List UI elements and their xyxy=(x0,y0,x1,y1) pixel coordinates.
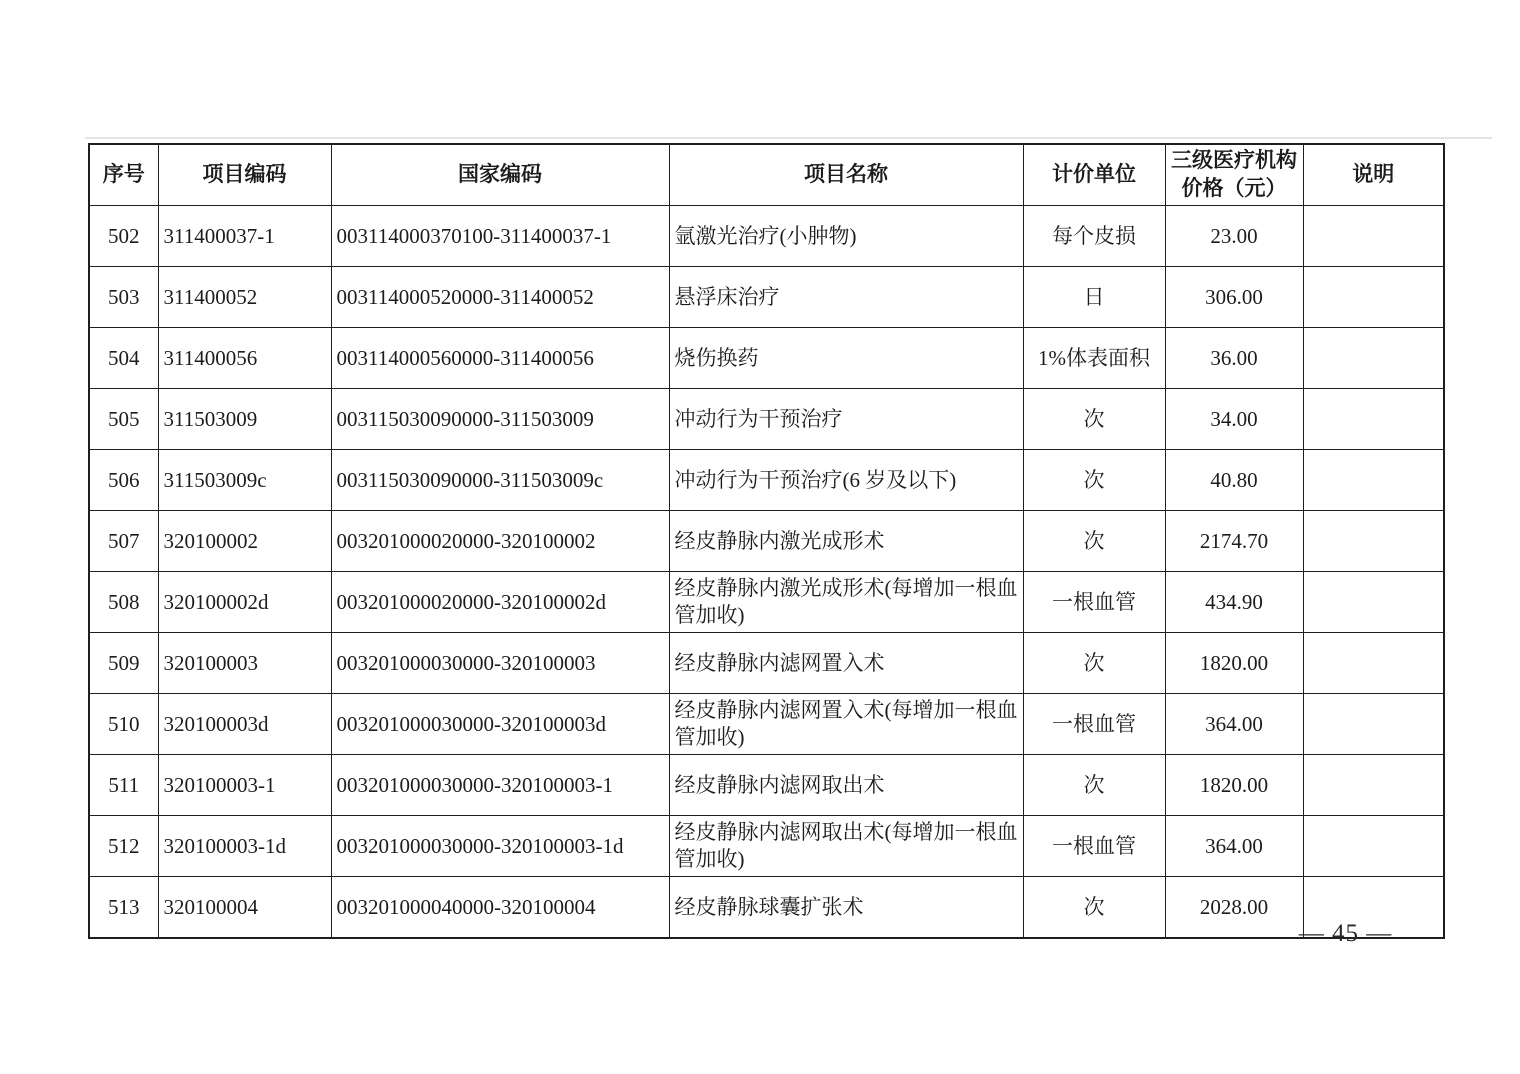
cell-index: 507 xyxy=(89,511,158,572)
cell-national-code: 003201000030000-320100003 xyxy=(331,633,669,694)
cell-price: 40.80 xyxy=(1165,450,1303,511)
scan-artifact-line xyxy=(85,137,1492,139)
cell-item-name: 悬浮床治疗 xyxy=(669,267,1023,328)
cell-note xyxy=(1303,755,1444,816)
cell-item-name: 经皮静脉内滤网置入术 xyxy=(669,633,1023,694)
cell-item-name: 经皮静脉内激光成形术 xyxy=(669,511,1023,572)
document-page: 序号 项目编码 国家编码 项目名称 计价单位 三级医疗机构 价格（元） 说明 5… xyxy=(0,0,1520,1074)
table-row: 505 311503009 003115030090000-311503009 … xyxy=(89,389,1444,450)
cell-national-code: 003201000040000-320100004 xyxy=(331,877,669,939)
cell-project-code: 320100003d xyxy=(158,694,331,755)
cell-project-code: 311400037-1 xyxy=(158,206,331,267)
cell-national-code: 003114000560000-311400056 xyxy=(331,328,669,389)
cell-national-code: 003201000030000-320100003-1d xyxy=(331,816,669,877)
cell-item-name: 经皮静脉内滤网取出术(每增加一根血管加收) xyxy=(669,816,1023,877)
table-row: 509 320100003 003201000030000-320100003 … xyxy=(89,633,1444,694)
page-number: — 45 — xyxy=(1278,920,1413,948)
cell-note xyxy=(1303,511,1444,572)
cell-index: 509 xyxy=(89,633,158,694)
cell-note xyxy=(1303,572,1444,633)
col-header-project-code: 项目编码 xyxy=(158,144,331,206)
cell-index: 512 xyxy=(89,816,158,877)
cell-index: 504 xyxy=(89,328,158,389)
cell-index: 503 xyxy=(89,267,158,328)
cell-national-code: 003201000020000-320100002 xyxy=(331,511,669,572)
table-row: 506 311503009c 003115030090000-311503009… xyxy=(89,450,1444,511)
cell-national-code: 003114000520000-311400052 xyxy=(331,267,669,328)
cell-item-name: 氩激光治疗(小肿物) xyxy=(669,206,1023,267)
table-row: 508 320100002d 003201000020000-320100002… xyxy=(89,572,1444,633)
cell-price: 1820.00 xyxy=(1165,633,1303,694)
col-header-unit: 计价单位 xyxy=(1023,144,1165,206)
cell-note xyxy=(1303,328,1444,389)
cell-note xyxy=(1303,816,1444,877)
cell-project-code: 320100002 xyxy=(158,511,331,572)
cell-national-code: 003201000030000-320100003d xyxy=(331,694,669,755)
cell-price: 36.00 xyxy=(1165,328,1303,389)
cell-note xyxy=(1303,633,1444,694)
table-row: 504 311400056 003114000560000-311400056 … xyxy=(89,328,1444,389)
cell-note xyxy=(1303,694,1444,755)
cell-project-code: 311503009c xyxy=(158,450,331,511)
cell-item-name: 冲动行为干预治疗(6 岁及以下) xyxy=(669,450,1023,511)
cell-index: 510 xyxy=(89,694,158,755)
cell-national-code: 003114000370100-311400037-1 xyxy=(331,206,669,267)
cell-project-code: 320100002d xyxy=(158,572,331,633)
cell-project-code: 320100004 xyxy=(158,877,331,939)
table-row: 512 320100003-1d 003201000030000-3201000… xyxy=(89,816,1444,877)
col-header-national-code: 国家编码 xyxy=(331,144,669,206)
cell-price: 306.00 xyxy=(1165,267,1303,328)
cell-project-code: 311503009 xyxy=(158,389,331,450)
table-row: 502 311400037-1 003114000370100-31140003… xyxy=(89,206,1444,267)
cell-item-name: 经皮静脉内滤网取出术 xyxy=(669,755,1023,816)
cell-national-code: 003201000020000-320100002d xyxy=(331,572,669,633)
cell-project-code: 320100003-1 xyxy=(158,755,331,816)
price-table: 序号 项目编码 国家编码 项目名称 计价单位 三级医疗机构 价格（元） 说明 5… xyxy=(88,143,1445,939)
table-header-row: 序号 项目编码 国家编码 项目名称 计价单位 三级医疗机构 价格（元） 说明 xyxy=(89,144,1444,206)
cell-price: 34.00 xyxy=(1165,389,1303,450)
cell-item-name: 经皮静脉球囊扩张术 xyxy=(669,877,1023,939)
col-header-index: 序号 xyxy=(89,144,158,206)
cell-unit: 次 xyxy=(1023,389,1165,450)
cell-price: 1820.00 xyxy=(1165,755,1303,816)
cell-unit: 次 xyxy=(1023,633,1165,694)
cell-project-code: 320100003 xyxy=(158,633,331,694)
table-row: 513 320100004 003201000040000-320100004 … xyxy=(89,877,1444,939)
cell-national-code: 003115030090000-311503009 xyxy=(331,389,669,450)
cell-unit: 一根血管 xyxy=(1023,816,1165,877)
cell-project-code: 311400052 xyxy=(158,267,331,328)
cell-unit: 一根血管 xyxy=(1023,572,1165,633)
cell-unit: 每个皮损 xyxy=(1023,206,1165,267)
cell-unit: 一根血管 xyxy=(1023,694,1165,755)
cell-national-code: 003115030090000-311503009c xyxy=(331,450,669,511)
cell-unit: 次 xyxy=(1023,755,1165,816)
table-body: 502 311400037-1 003114000370100-31140003… xyxy=(89,206,1444,939)
col-header-item-name: 项目名称 xyxy=(669,144,1023,206)
cell-unit: 日 xyxy=(1023,267,1165,328)
cell-price: 364.00 xyxy=(1165,816,1303,877)
cell-item-name: 经皮静脉内滤网置入术(每增加一根血管加收) xyxy=(669,694,1023,755)
cell-index: 513 xyxy=(89,877,158,939)
table-row: 510 320100003d 003201000030000-320100003… xyxy=(89,694,1444,755)
table-row: 503 311400052 003114000520000-311400052 … xyxy=(89,267,1444,328)
cell-item-name: 烧伤换药 xyxy=(669,328,1023,389)
cell-unit: 次 xyxy=(1023,450,1165,511)
cell-index: 511 xyxy=(89,755,158,816)
col-header-tier3-price: 三级医疗机构 价格（元） xyxy=(1165,144,1303,206)
cell-price: 23.00 xyxy=(1165,206,1303,267)
cell-note xyxy=(1303,389,1444,450)
table-row: 511 320100003-1 003201000030000-32010000… xyxy=(89,755,1444,816)
cell-note xyxy=(1303,206,1444,267)
cell-price: 434.90 xyxy=(1165,572,1303,633)
cell-price: 364.00 xyxy=(1165,694,1303,755)
cell-index: 508 xyxy=(89,572,158,633)
cell-project-code: 311400056 xyxy=(158,328,331,389)
col-header-note: 说明 xyxy=(1303,144,1444,206)
cell-index: 502 xyxy=(89,206,158,267)
cell-national-code: 003201000030000-320100003-1 xyxy=(331,755,669,816)
cell-note xyxy=(1303,267,1444,328)
cell-unit: 1%体表面积 xyxy=(1023,328,1165,389)
table-header: 序号 项目编码 国家编码 项目名称 计价单位 三级医疗机构 价格（元） 说明 xyxy=(89,144,1444,206)
cell-unit: 次 xyxy=(1023,877,1165,939)
table-row: 507 320100002 003201000020000-320100002 … xyxy=(89,511,1444,572)
cell-unit: 次 xyxy=(1023,511,1165,572)
cell-index: 506 xyxy=(89,450,158,511)
cell-project-code: 320100003-1d xyxy=(158,816,331,877)
cell-item-name: 冲动行为干预治疗 xyxy=(669,389,1023,450)
cell-price: 2174.70 xyxy=(1165,511,1303,572)
cell-item-name: 经皮静脉内激光成形术(每增加一根血管加收) xyxy=(669,572,1023,633)
cell-index: 505 xyxy=(89,389,158,450)
cell-note xyxy=(1303,450,1444,511)
